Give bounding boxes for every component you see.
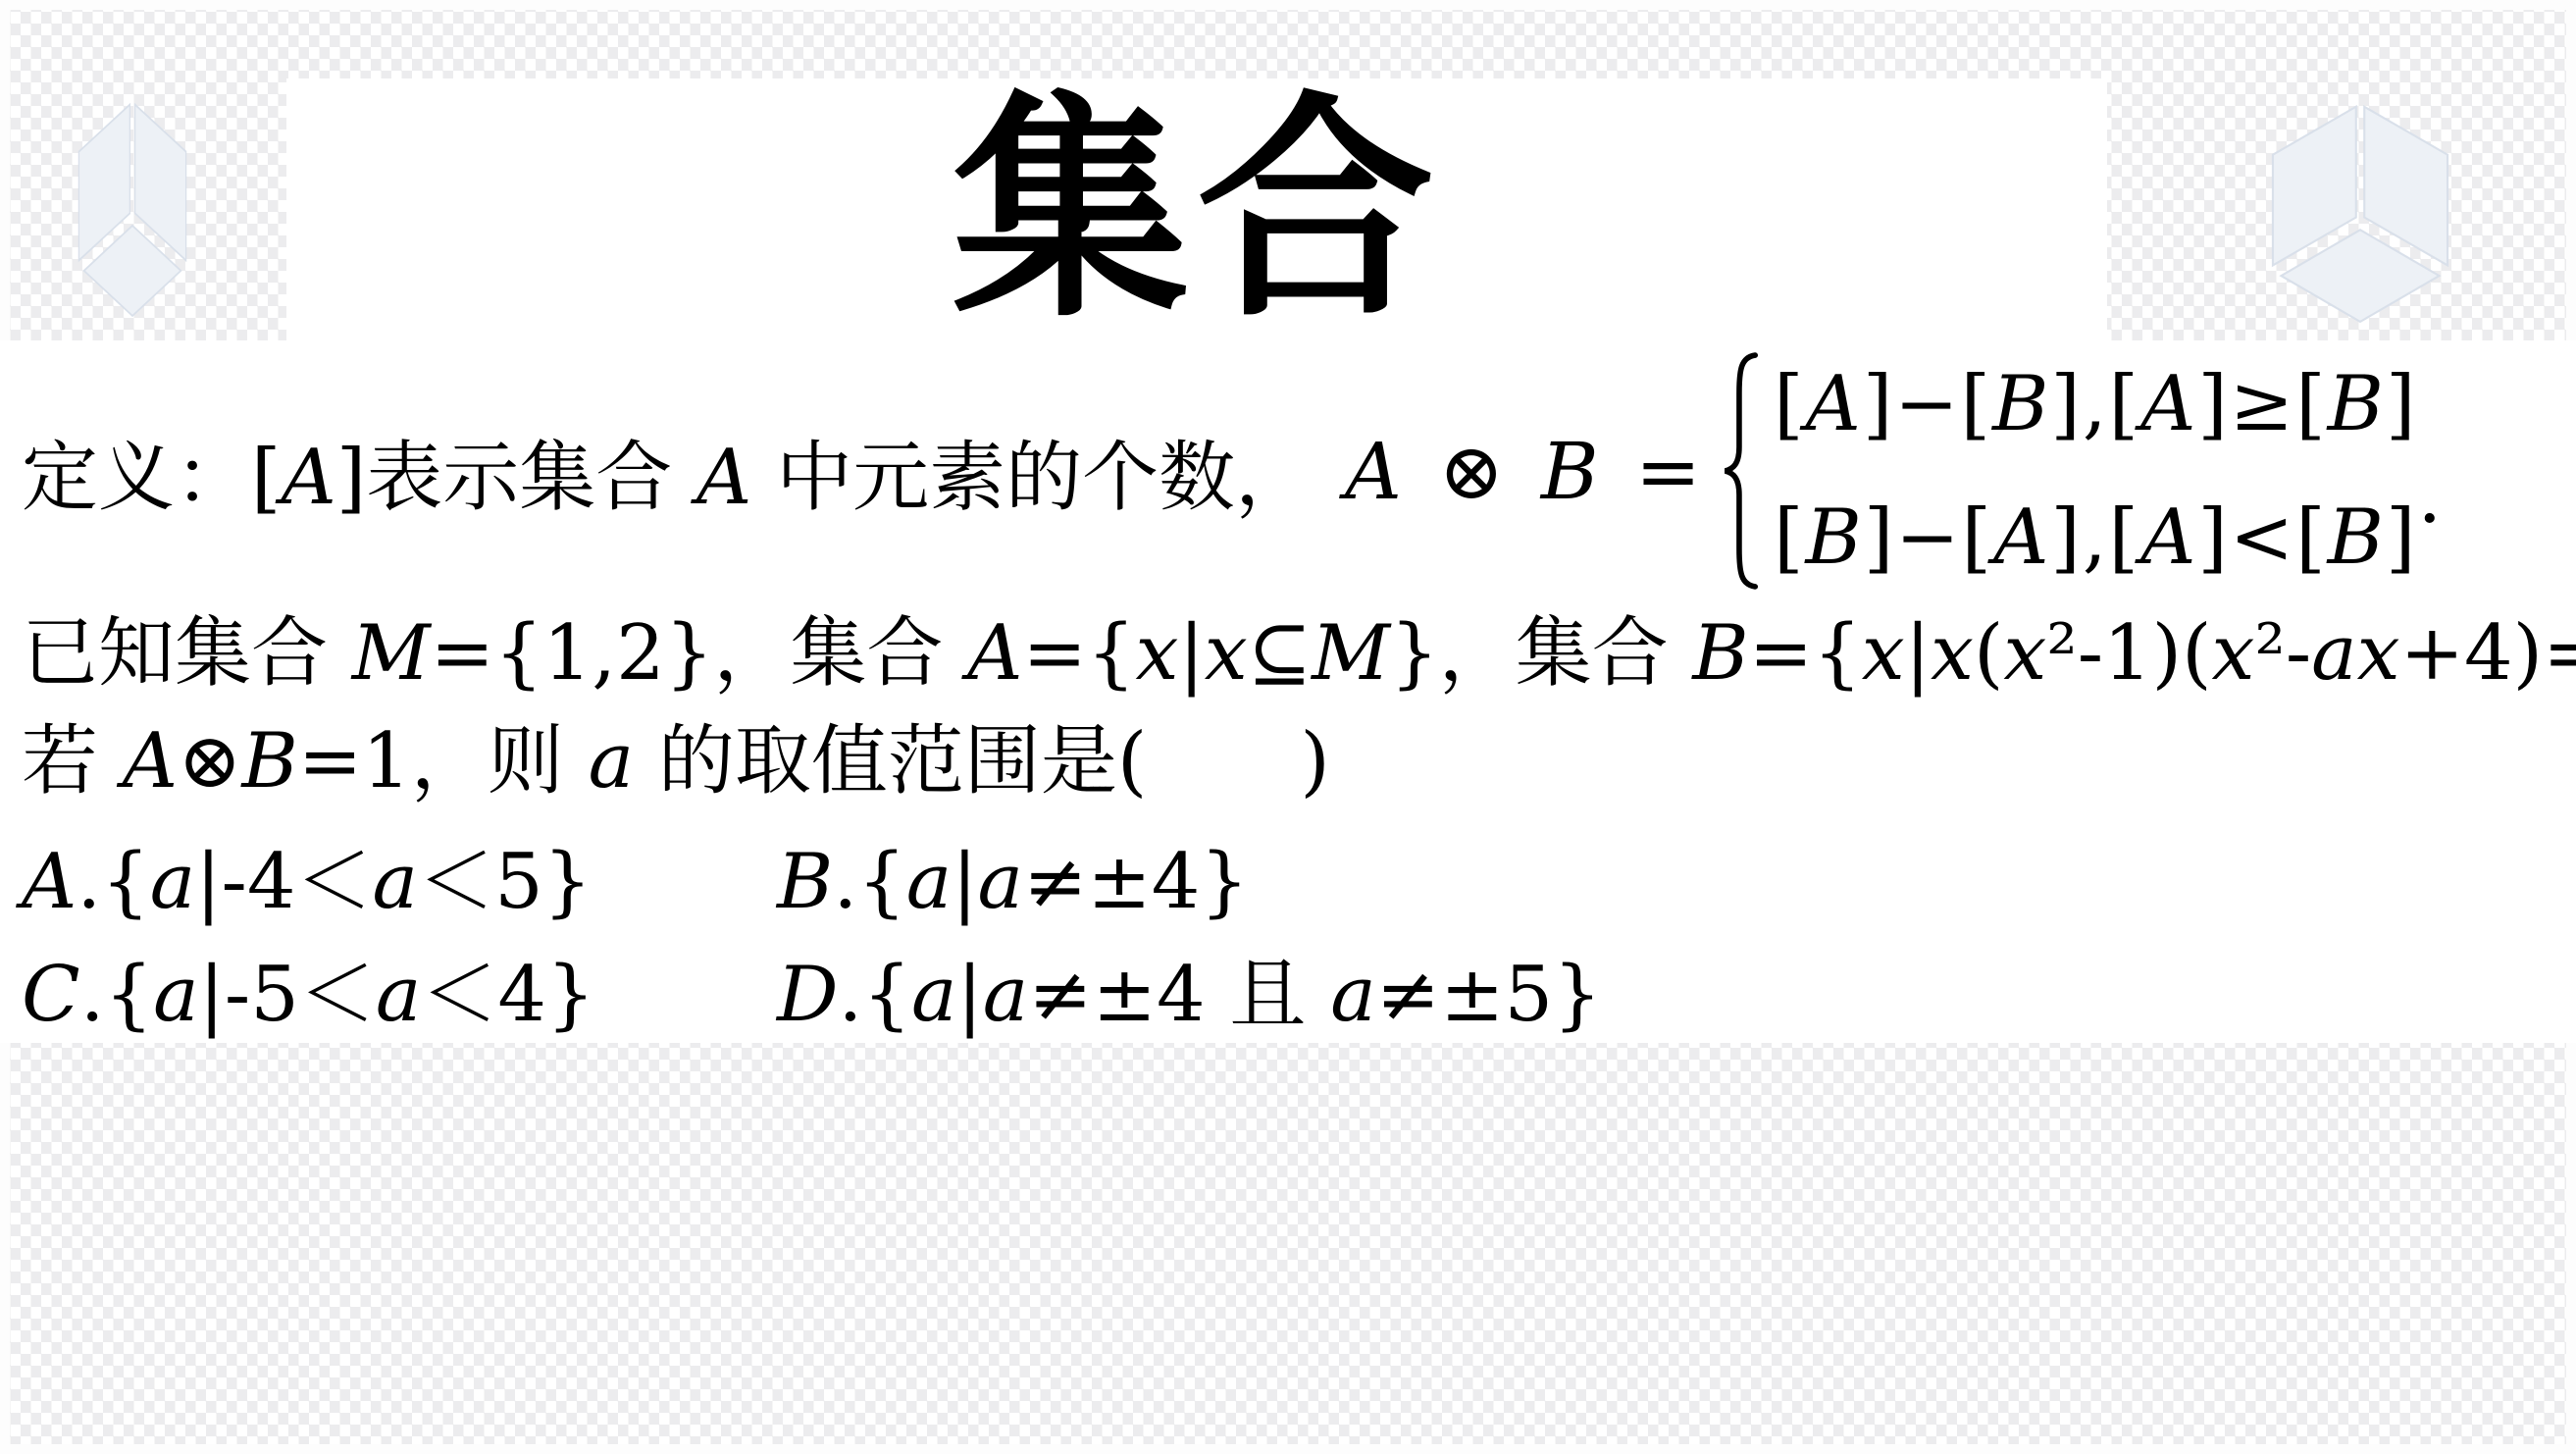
definition-text: 定义：[A]表示集合 A 中元素的个数， <box>22 416 1312 526</box>
cube-icon <box>2256 94 2464 324</box>
case-line-2: [B]−[A],[A]<[B] <box>1774 489 2417 587</box>
option-b: B.{a|a≠±4} <box>777 833 1249 931</box>
case-line-1: [A]−[B],[A]≥[B] <box>1774 355 2417 453</box>
cube-icon <box>69 92 196 318</box>
option-d: D.{a|a≠±4 且 a≠±5} <box>777 946 1602 1044</box>
presentation-slide: 集合 定义：[A]表示集合 A 中元素的个数， A ⊗ B = [A]−[B],… <box>0 0 2576 1454</box>
title-box: 集合 <box>286 78 2107 340</box>
left-brace-icon <box>1721 351 1764 591</box>
sentence-period: . <box>2417 452 2442 541</box>
problem-line-1: 已知集合 M={1,2}，集合 A={x|x⊆M}，集合 B={x|x(x²-1… <box>22 604 2576 702</box>
operator-expression: A ⊗ B = <box>1345 426 1707 517</box>
piecewise-cases: [A]−[B],[A]≥[B] [B]−[A],[A]<[B] <box>1774 355 2417 587</box>
problem-line-2: 若 A⊗B=1，则 a 的取值范围是( ) <box>22 712 1330 810</box>
option-c: C.{a|-5＜a＜4} <box>22 946 595 1044</box>
slide-title: 集合 <box>952 87 1442 333</box>
piecewise-formula: A ⊗ B = [A]−[B],[A]≥[B] [B]−[A],[A]<[B] … <box>1345 351 2442 591</box>
option-a: A.{a|-4＜a＜5} <box>22 833 592 931</box>
definition-row: 定义：[A]表示集合 A 中元素的个数， A ⊗ B = [A]−[B],[A]… <box>22 345 2442 597</box>
